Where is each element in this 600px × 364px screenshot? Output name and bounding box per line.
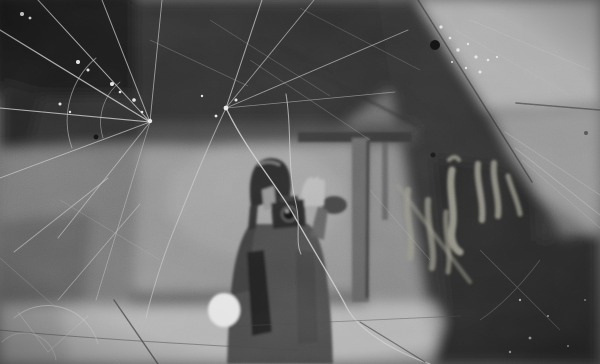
mirror-self-portrait-photo	[0, 0, 600, 364]
vignette	[0, 0, 600, 364]
photograph	[0, 0, 600, 364]
